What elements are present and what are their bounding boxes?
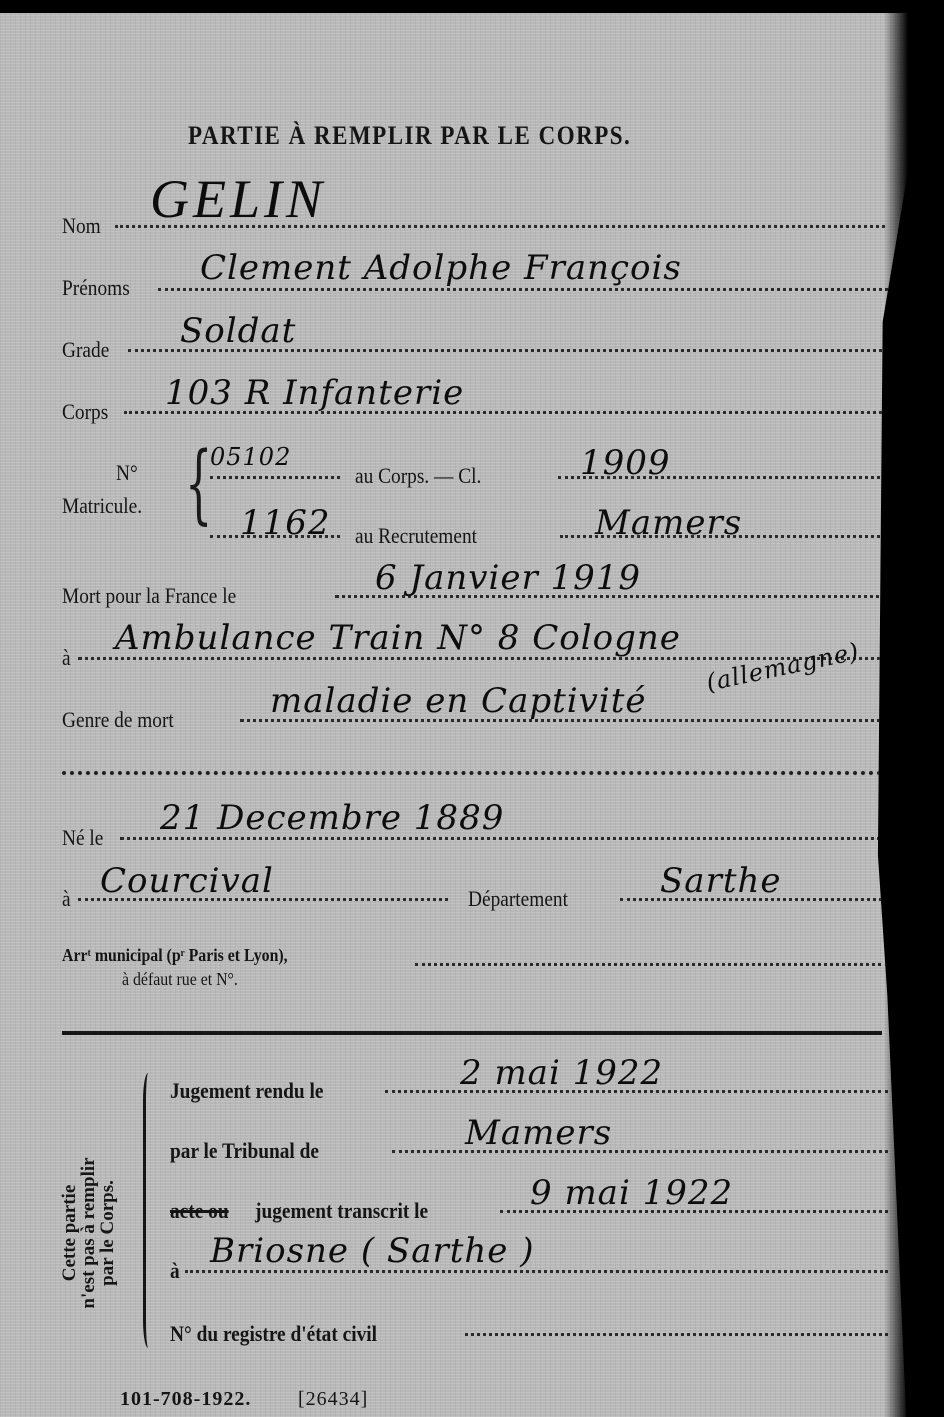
mort-a-annotation: (allemagne) xyxy=(704,637,862,697)
nom-value: GELIN xyxy=(150,168,326,230)
ne-le-label: Né le xyxy=(62,825,103,851)
matricule-corps-line xyxy=(210,476,340,479)
genre-de-mort-label: Genre de mort xyxy=(62,707,174,733)
matricule-label: Matricule. xyxy=(62,493,142,519)
grade-label: Grade xyxy=(62,337,109,363)
print-code: 101-708-1922. xyxy=(120,1388,251,1411)
registre-line xyxy=(465,1333,888,1336)
nom-label: Nom xyxy=(62,213,101,239)
corps-label: Corps xyxy=(62,399,108,425)
transcrit-value: 9 mai 1922 xyxy=(530,1173,733,1213)
ne-a-value: Courcival xyxy=(100,861,274,901)
matricule-corps-label: au Corps. — Cl. xyxy=(355,463,481,489)
side-note-line3: par le Corps. xyxy=(98,1133,117,1333)
side-note-line2: n'est pas à remplir xyxy=(79,1133,98,1333)
classe-value: 1909 xyxy=(580,443,671,483)
transcrit-a-label: à xyxy=(170,1258,180,1284)
prenoms-value: Clement Adolphe François xyxy=(200,248,682,288)
jugement-rendu-value: 2 mai 1922 xyxy=(460,1053,663,1093)
matricule-brace: { xyxy=(185,441,212,527)
section-divider-1 xyxy=(62,771,882,775)
prenoms-line xyxy=(158,288,888,291)
tribunal-value: Mamers xyxy=(465,1113,612,1153)
transcrit-label: jugement transcrit le xyxy=(255,1198,428,1224)
matricule-recrutement-number: 1162 xyxy=(240,503,331,543)
side-note: Cette partie n'est pas à remplir par le … xyxy=(60,1133,117,1333)
matricule-corps-number: 05102 xyxy=(210,443,291,471)
arrondissement-label-line2: à défaut rue et N°. xyxy=(122,969,238,990)
mort-a-label: à xyxy=(62,645,71,671)
mort-le-value: 6 Janvier 1919 xyxy=(375,558,641,598)
departement-label: Département xyxy=(468,886,568,912)
genre-de-mort-value: maladie en Captivité xyxy=(270,681,647,721)
transcrit-struck-label: acte ou xyxy=(170,1198,229,1224)
form-title: PARTIE À REMPLIR PAR LE CORPS. xyxy=(188,121,631,151)
section-divider-2 xyxy=(62,1031,882,1035)
prenoms-label: Prénoms xyxy=(62,275,130,301)
grade-value: Soldat xyxy=(180,311,296,351)
mort-le-label: Mort pour la France le xyxy=(62,583,236,609)
departement-value: Sarthe xyxy=(660,861,782,901)
document-page: PARTIE À REMPLIR PAR LE CORPS. Nom GELIN… xyxy=(0,13,944,1417)
registre-label: N° du registre d'état civil xyxy=(170,1321,377,1347)
recrutement-label: au Recrutement xyxy=(355,523,477,549)
ne-a-label: à xyxy=(62,886,71,912)
transcrit-a-value: Briosne ( Sarthe ) xyxy=(210,1231,535,1271)
matricule-no-label: N° xyxy=(116,460,138,486)
corps-value: 103 R Infanterie xyxy=(165,373,464,413)
arrondissement-label-line1: Arrᵗ municipal (pʳ Paris et Lyon), xyxy=(62,945,288,966)
tribunal-label: par le Tribunal de xyxy=(170,1138,319,1164)
recrutement-place: Mamers xyxy=(595,503,742,543)
side-note-line1: Cette partie xyxy=(60,1133,79,1333)
lower-section-bracket xyxy=(143,1073,156,1348)
jugement-rendu-label: Jugement rendu le xyxy=(170,1078,323,1104)
print-ref: [26434] xyxy=(298,1388,368,1411)
mort-a-value: Ambulance Train N° 8 Cologne xyxy=(115,618,681,658)
ne-le-value: 21 Decembre 1889 xyxy=(160,798,504,838)
arrondissement-line xyxy=(415,963,888,966)
